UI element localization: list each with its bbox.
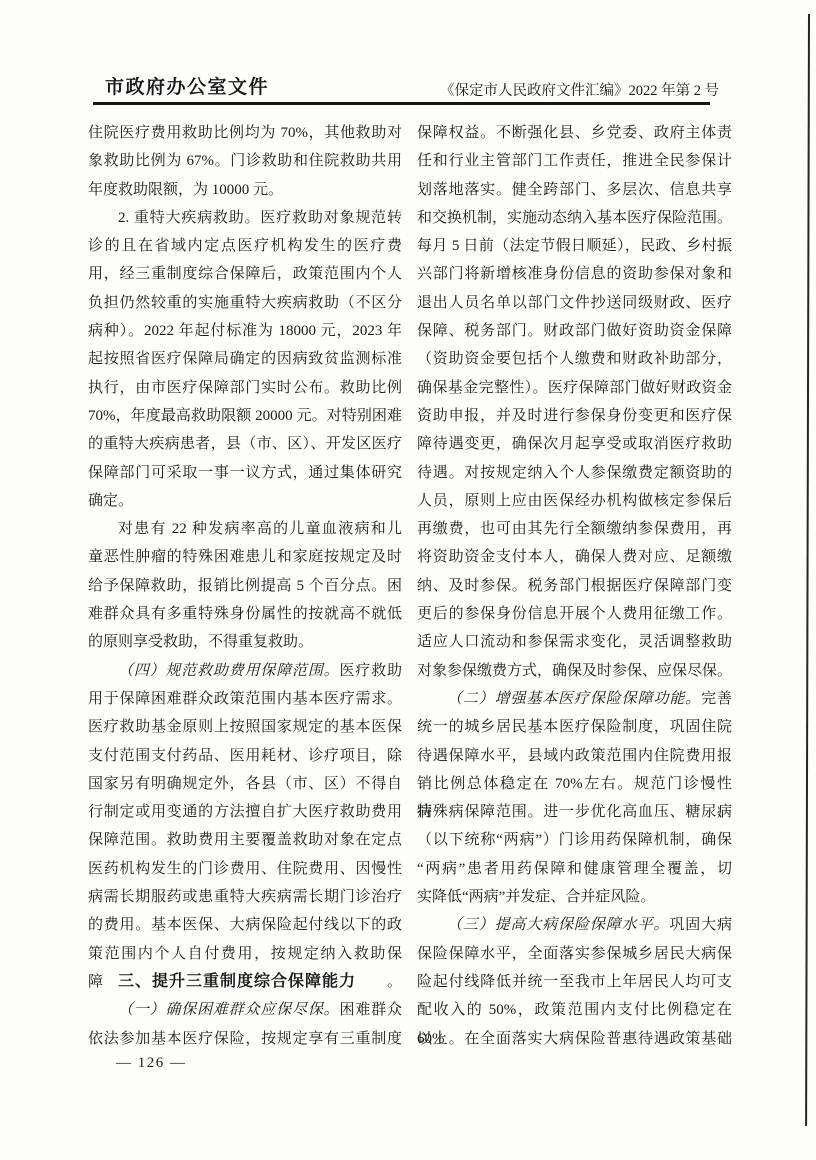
text-line: 的重特大疾病患者，县（市、区）、开发区医疗 [88, 430, 402, 458]
text-segment: 每月 5 日前（法定节假日顺延），民政、乡村振 [417, 238, 732, 254]
text-line: 以上。在全面落实大病保险普惠待遇政策基础 [417, 1025, 732, 1053]
text-segment: 退出人员名单以部门文件抄送同级财政、医疗 [417, 295, 732, 311]
text-line: 病种）。2022 年起付标准为 18000 元，2023 年 [88, 317, 402, 345]
text-line: 待遇保障水平，县域内政策范围内住院费用报 [417, 742, 732, 770]
text-line: （以下统称“两病”）门诊用药保障机制，确保 [417, 826, 732, 854]
text-segment: 的重特大疾病患者，县（市、区）、开发区医疗 [88, 436, 402, 452]
text-segment: 医疗救助基金原则上按照国家规定的基本医保 [88, 719, 402, 735]
text-segment: 实降低“两病”并发症、合并症风险。 [417, 889, 655, 905]
text-line: 执行，由市医疗保障部门实时公布。救助比例 [88, 374, 402, 402]
right-text-column: 保障权益。不断强化县、乡党委、政府主体责任和行业主管部门工作责任，推进全民参保计… [417, 119, 732, 1053]
text-line: 策范围内个人自付费用，按规定纳入救助保障。 [88, 940, 402, 968]
text-segment: （三）提高大病保险保障水平。 [447, 917, 669, 933]
text-segment: 兴部门将新增核准身份信息的资助参保对象和 [417, 266, 732, 282]
text-line: 医药机构发生的门诊费用、住院费用、因慢性 [88, 855, 402, 883]
text-segment: （资助资金要包括个人缴费和财政补助部分， [417, 351, 732, 367]
text-segment: 执行，由市医疗保障部门实时公布。救助比例 [88, 380, 402, 396]
text-segment: 诊的且在省域内定点医疗机构发生的医疗费 [88, 238, 402, 254]
text-line: 每月 5 日前（法定节假日顺延），民政、乡村振 [417, 232, 732, 260]
text-line: 和交换机制，实施动态纳入基本医疗保险范围。 [417, 204, 732, 232]
text-line: 待遇。对按规定纳入个人参保缴费定额资助的 [417, 459, 732, 487]
text-line: 难群众具有多重特殊身份属性的按就高不就低 [88, 600, 402, 628]
text-line: 确定。 [88, 487, 402, 515]
text-line: 更后的参保身份信息开展个人费用征缴工作。 [417, 600, 732, 628]
text-segment: 保障权益。不断强化县、乡党委、政府主体责 [417, 125, 732, 141]
text-line: 兴部门将新增核准身份信息的资助参保对象和 [417, 260, 732, 288]
text-segment: 以上。在全面落实大病保险普惠待遇政策基础 [417, 1031, 732, 1047]
left-text-column: 住院医疗费用救助比例均为 70%，其他救助对象救助比例为 67%。门诊救助和住院… [88, 119, 402, 1053]
text-segment: 人员，原则上应由医保经办机构做核定参保后 [417, 493, 732, 509]
text-segment: （二）增强基本医疗保险保障功能。 [447, 691, 701, 707]
text-segment: 资助申报，并及时进行参保身份变更和医疗保 [417, 408, 732, 424]
text-segment: 病种）。2022 年起付标准为 18000 元，2023 年 [88, 323, 402, 339]
text-segment: 2. 重特大疾病救助。医疗救助对象规范转 [118, 210, 402, 226]
text-line: 对患有 22 种发病率高的儿童血液病和儿 [88, 515, 402, 543]
text-segment: 保障、税务部门。财政部门做好资助资金保障 [417, 323, 732, 339]
text-segment: 完善 [701, 691, 732, 707]
text-line: 确保基金完整性）。医疗保障部门做好财政资金 [417, 374, 732, 402]
text-line: 退出人员名单以部门文件抄送同级财政、医疗 [417, 289, 732, 317]
text-line: 支付范围支付药品、医用耗材、诊疗项目，除 [88, 742, 402, 770]
text-line: 依法参加基本医疗保险，按规定享有三重制度 [88, 1025, 402, 1053]
text-line: 任和行业主管部门工作责任，推进全民参保计 [417, 147, 732, 175]
text-segment: 负担仍然较重的实施重特大疾病救助（不区分 [88, 295, 402, 311]
text-line: 特殊病保障范围。进一步优化高血压、糖尿病 [417, 798, 732, 826]
text-line: 病需长期服药或患重特大疾病需长期门诊治疗 [88, 883, 402, 911]
text-line: 用于保障困难群众政策范围内基本医疗需求。 [88, 685, 402, 713]
scan-edge-artifact [805, 14, 810, 1126]
text-segment: 保险保障水平，全面落实参保城乡居民大病保 [417, 946, 732, 962]
text-line: 资助申报，并及时进行参保身份变更和医疗保 [417, 402, 732, 430]
text-segment: 年度救助限额，为 10000 元。 [88, 182, 283, 198]
text-segment: 的原则享受救助，不得重复救助。 [88, 634, 313, 650]
text-segment: 的费用。基本医保、大病保险起付线以下的政 [88, 917, 402, 933]
text-segment: 适应人口流动和参保需求变化，灵活调整救助 [417, 634, 732, 650]
text-line: 负担仍然较重的实施重特大疾病救助（不区分 [88, 289, 402, 317]
text-segment: （四）规范救助费用保障范围。 [118, 663, 340, 679]
text-segment: 特殊病保障范围。进一步优化高血压、糖尿病 [417, 804, 732, 820]
text-line: 障待遇变更，确保次月起享受或取消医疗救助 [417, 430, 732, 458]
text-segment: 70%，年度最高救助限额 20000 元。对特别困难 [88, 408, 402, 424]
text-segment: 纳、及时参保。税务部门根据医疗保障部门变 [417, 578, 732, 594]
text-line: 70%，年度最高救助限额 20000 元。对特别困难 [88, 402, 402, 430]
text-segment: 国家另有明确规定外，各县（市、区）不得自 [88, 776, 402, 792]
text-segment: 起按照省医疗保障局确定的因病致贫监测标准 [88, 351, 402, 367]
text-segment: 医药机构发生的门诊费用、住院费用、因慢性 [88, 861, 402, 877]
text-segment: 医疗救助 [340, 663, 402, 679]
text-line: 险起付线降低并统一至我市上年居民人均可支 [417, 968, 732, 996]
text-line: 再缴费，也可由其先行全额缴纳参保费用，再 [417, 515, 732, 543]
text-line: 医疗救助基金原则上按照国家规定的基本医保 [88, 713, 402, 741]
text-segment: 依法参加基本医疗保险，按规定享有三重制度 [88, 1031, 402, 1047]
text-segment: 童恶性肿瘤的特殊困难患儿和家庭按规定及时 [88, 549, 402, 565]
text-segment: 难群众具有多重特殊身份属性的按就高不就低 [88, 606, 402, 622]
text-line: 纳、及时参保。税务部门根据医疗保障部门变 [417, 572, 732, 600]
text-segment: 任和行业主管部门工作责任，推进全民参保计 [417, 153, 732, 169]
text-line: 用，经三重制度综合保障后，政策范围内个人 [88, 260, 402, 288]
text-segment: 障待遇变更，确保次月起享受或取消医疗救助 [417, 436, 732, 452]
text-segment: 给予保障救助，报销比例提高 5 个百分点。困 [88, 578, 402, 594]
text-segment: 统一的城乡居民基本医疗保险制度，巩固住院 [417, 719, 732, 735]
text-line: （二）增强基本医疗保险保障功能。完善 [417, 685, 732, 713]
text-line: 保障部门可采取一事一议方式，通过集体研究 [88, 459, 402, 487]
text-segment: 行制定或用变通的方法擅自扩大医疗救助费用 [88, 804, 402, 820]
text-line: （四）规范救助费用保障范围。医疗救助 [88, 657, 402, 685]
text-line: 国家另有明确规定外，各县（市、区）不得自 [88, 770, 402, 798]
text-segment: 用于保障困难群众政策范围内基本医疗需求。 [88, 691, 402, 707]
text-line: 给予保障救助，报销比例提高 5 个百分点。困 [88, 572, 402, 600]
text-line: 人员，原则上应由医保经办机构做核定参保后 [417, 487, 732, 515]
text-line: 实降低“两病”并发症、合并症风险。 [417, 883, 732, 911]
text-line: 保险保障水平，全面落实参保城乡居民大病保 [417, 940, 732, 968]
text-line: 行制定或用变通的方法擅自扩大医疗救助费用 [88, 798, 402, 826]
text-line: 统一的城乡居民基本医疗保险制度，巩固住院 [417, 713, 732, 741]
text-line: （三）提高大病保险保障水平。巩固大病 [417, 911, 732, 939]
text-line: 起按照省医疗保障局确定的因病致贫监测标准 [88, 345, 402, 373]
text-line: 住院医疗费用救助比例均为 70%，其他救助对 [88, 119, 402, 147]
text-line: 适应人口流动和参保需求变化，灵活调整救助 [417, 628, 732, 656]
text-line: 的费用。基本医保、大病保险起付线以下的政 [88, 911, 402, 939]
document-page: 市政府办公室文件 《保定市人民政府文件汇编》2022 年第 2 号 住院医疗费用… [0, 0, 816, 1160]
text-line: 对象参保缴费方式，确保及时参保、应保尽保。 [417, 657, 732, 685]
text-line: （资助资金要包括个人缴费和财政补助部分， [417, 345, 732, 373]
text-segment: 困难群众 [340, 1002, 402, 1018]
text-line: 保障、税务部门。财政部门做好资助资金保障 [417, 317, 732, 345]
text-line: “两病”患者用药保障和健康管理全覆盖，切 [417, 855, 732, 883]
text-segment: 病需长期服药或患重特大疾病需长期门诊治疗 [88, 889, 402, 905]
text-segment: 再缴费，也可由其先行全额缴纳参保费用，再 [417, 521, 732, 537]
text-line: 象救助比例为 67%。门诊救助和住院救助共用 [88, 147, 402, 175]
text-line: 2. 重特大疾病救助。医疗救助对象规范转 [88, 204, 402, 232]
text-segment: （以下统称“两病”）门诊用药保障机制，确保 [417, 832, 732, 848]
text-segment: 确定。 [88, 493, 133, 509]
text-line: 的原则享受救助，不得重复救助。 [88, 628, 402, 656]
text-line: 诊的且在省域内定点医疗机构发生的医疗费 [88, 232, 402, 260]
text-segment: 对象参保缴费方式，确保及时参保、应保尽保。 [417, 663, 732, 679]
text-segment: 划落地落实。健全跨部门、多层次、信息共享 [417, 182, 732, 198]
text-segment: 对患有 22 种发病率高的儿童血液病和儿 [118, 521, 402, 537]
text-line: 童恶性肿瘤的特殊困难患儿和家庭按规定及时 [88, 543, 402, 571]
text-segment: 巩固大病 [669, 917, 732, 933]
text-segment: （一）确保困难群众应保尽保。 [118, 1002, 340, 1018]
text-line: 划落地落实。健全跨部门、多层次、信息共享 [417, 176, 732, 204]
text-line: 保障范围。救助费用主要覆盖救助对象在定点 [88, 826, 402, 854]
header-left-title: 市政府办公室文件 [105, 72, 269, 99]
text-segment: 待遇。对按规定纳入个人参保缴费定额资助的 [417, 465, 732, 481]
page-number: — 126 — [116, 1055, 187, 1072]
text-line: 将资助资金支付本人，确保人费对应、足额缴 [417, 543, 732, 571]
text-line: 配收入的 50%，政策范围内支付比例稳定在 60% [417, 996, 732, 1024]
text-segment: 将资助资金支付本人，确保人费对应、足额缴 [417, 549, 732, 565]
text-segment: 险起付线降低并统一至我市上年居民人均可支 [417, 974, 732, 990]
text-line: 年度救助限额，为 10000 元。 [88, 176, 402, 204]
text-segment: 更后的参保身份信息开展个人费用征缴工作。 [417, 606, 732, 622]
header-rule [93, 102, 710, 105]
text-segment: 象救助比例为 67%。门诊救助和住院救助共用 [88, 153, 402, 169]
text-line: 保障权益。不断强化县、乡党委、政府主体责 [417, 119, 732, 147]
text-segment: “两病”患者用药保障和健康管理全覆盖，切 [417, 861, 732, 877]
text-segment: 保障部门可采取一事一议方式，通过集体研究 [88, 465, 402, 481]
text-segment: 和交换机制，实施动态纳入基本医疗保险范围。 [417, 210, 732, 226]
text-segment: 保障范围。救助费用主要覆盖救助对象在定点 [88, 832, 402, 848]
text-segment: 支付范围支付药品、医用耗材、诊疗项目，除 [88, 748, 402, 764]
text-segment: 三、提升三重制度综合保障能力 [118, 973, 356, 990]
text-segment: 确保基金完整性）。医疗保障部门做好财政资金 [417, 380, 732, 396]
text-line: （一）确保困难群众应保尽保。困难群众 [88, 996, 402, 1024]
text-line: 三、提升三重制度综合保障能力 [88, 968, 402, 996]
text-segment: 待遇保障水平，县域内政策范围内住院费用报 [417, 748, 732, 764]
text-segment: 住院医疗费用救助比例均为 70%，其他救助对 [88, 125, 402, 141]
header-right-title: 《保定市人民政府文件汇编》2022 年第 2 号 [440, 79, 702, 100]
text-segment: 用，经三重制度综合保障后，政策范围内个人 [88, 266, 402, 282]
text-line: 销比例总体稳定在 70%左右。规范门诊慢性病、 [417, 770, 732, 798]
